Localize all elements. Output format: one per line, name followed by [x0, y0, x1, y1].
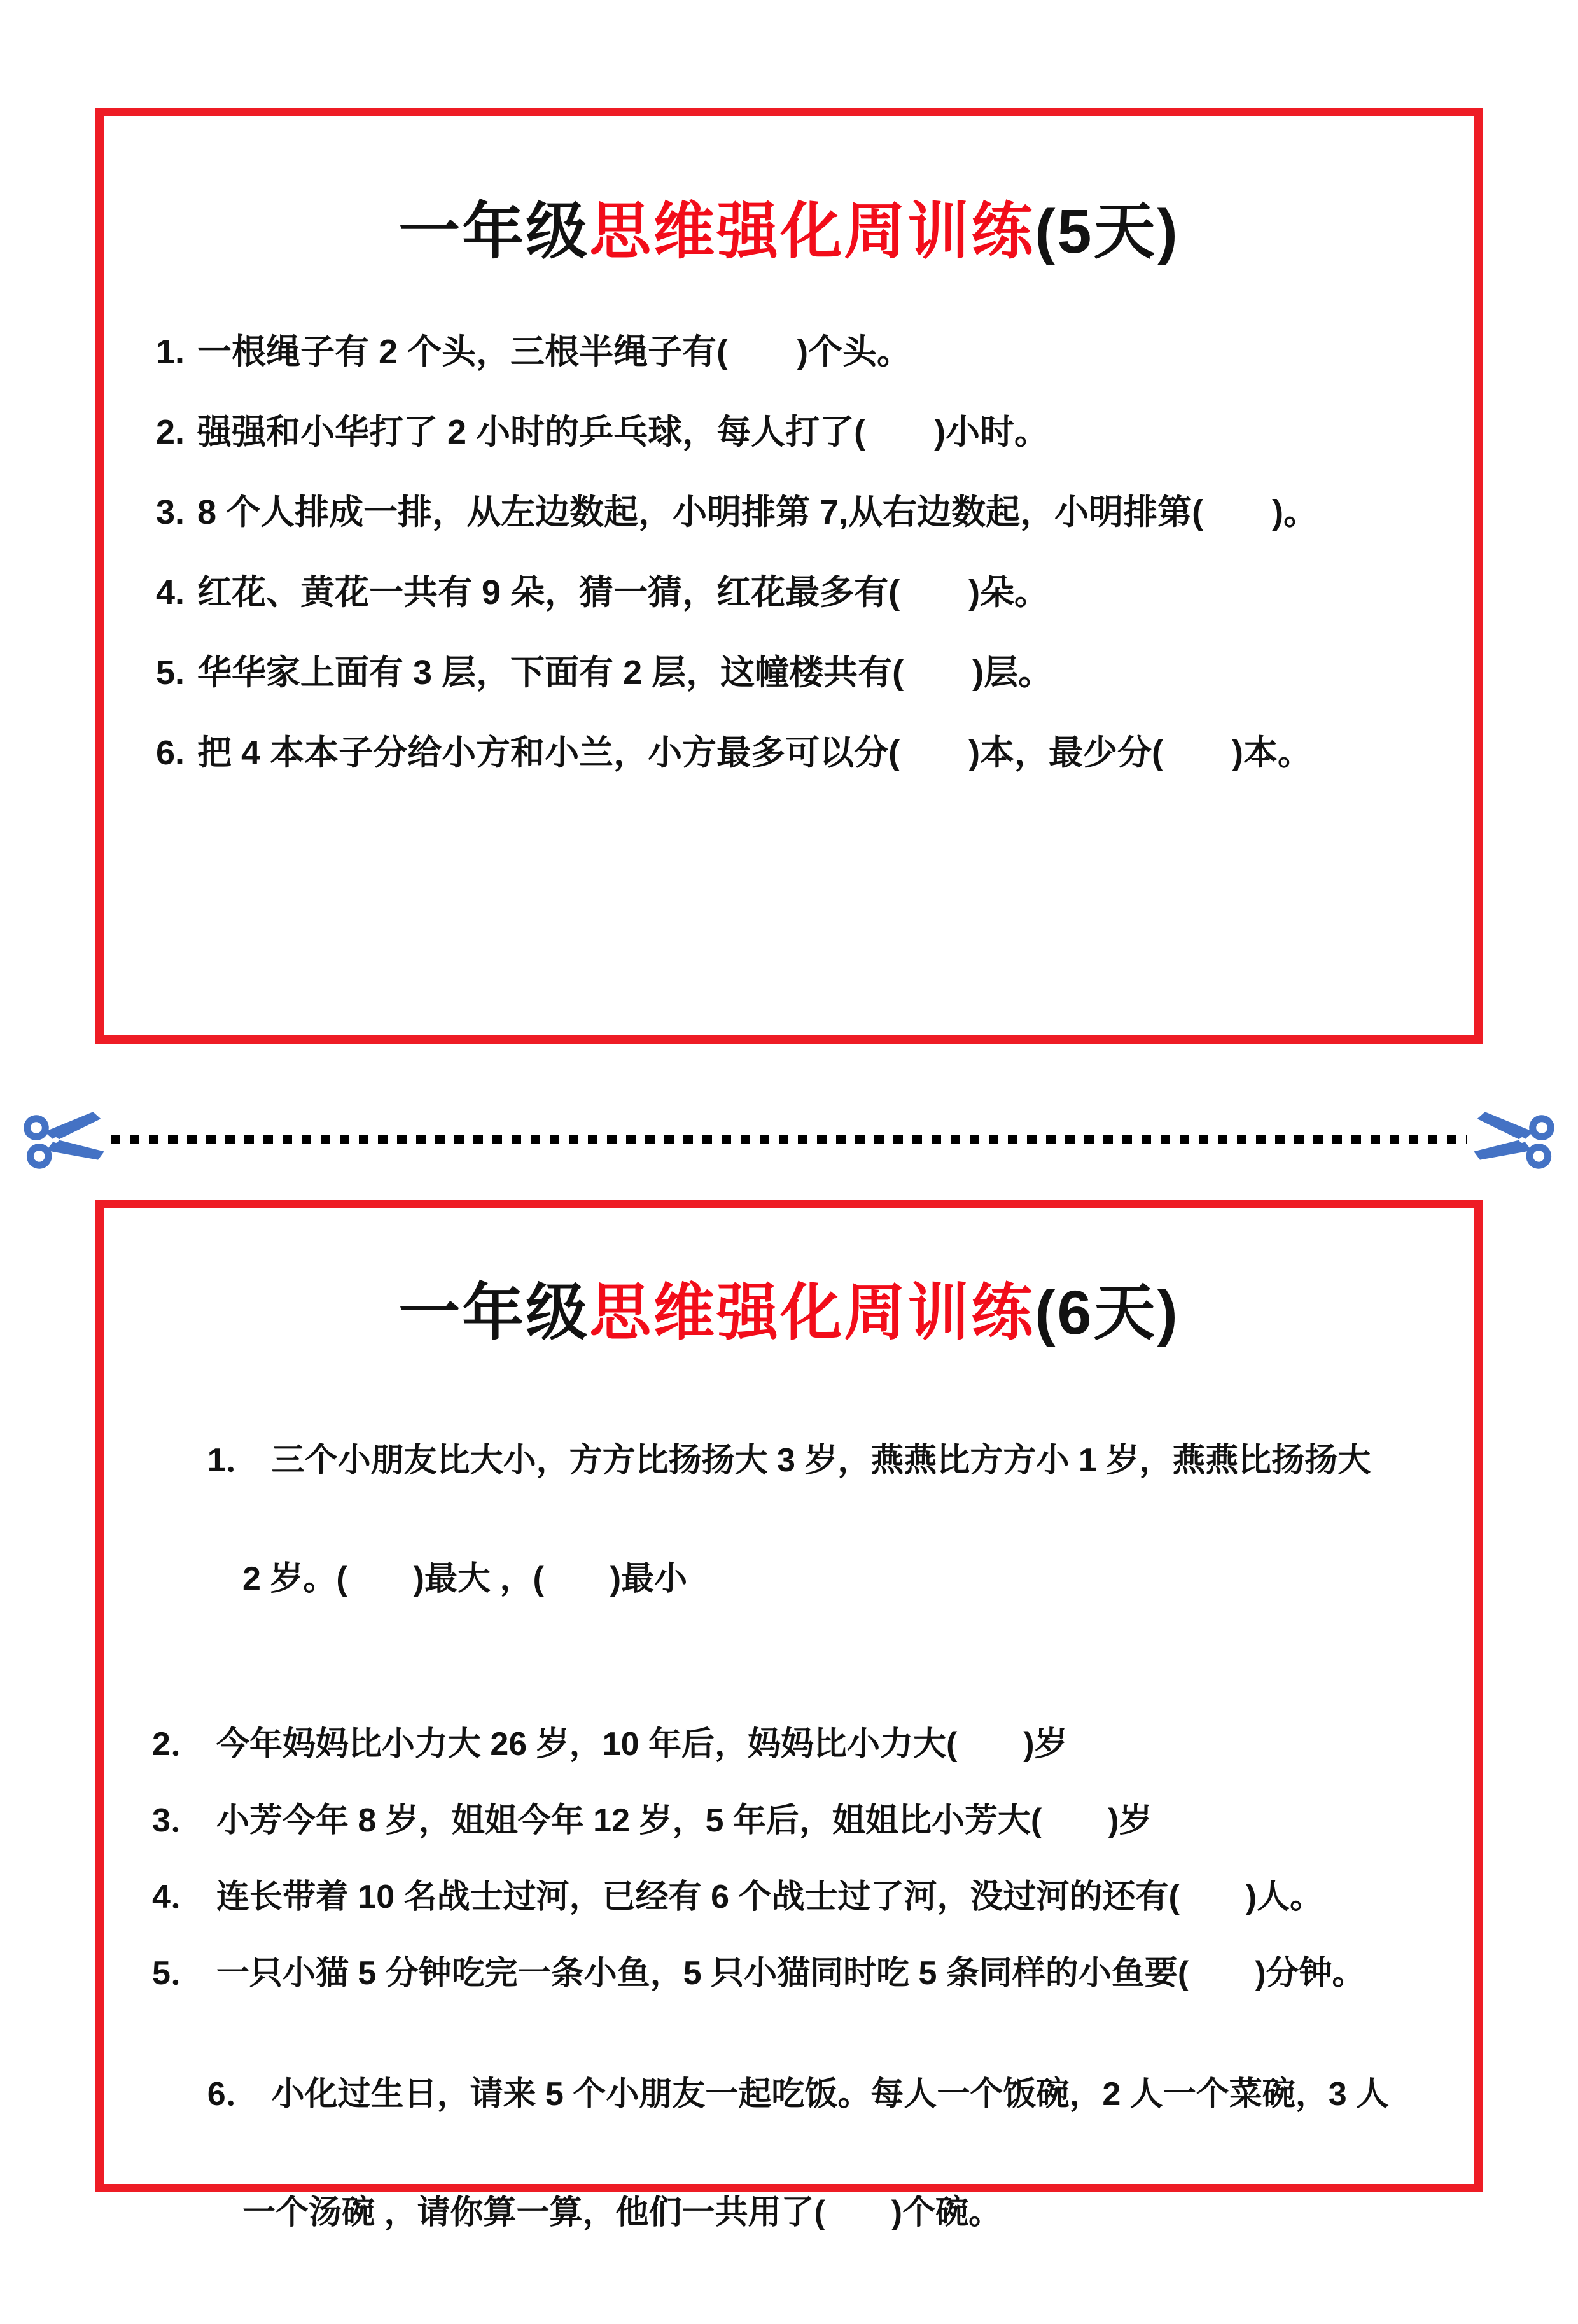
question-item: 4．连长带着 10 名战士过河，已经有 6 个战士过了河，没过河的还有( )人。	[152, 1875, 1436, 1919]
question-text-continued: 2 岁。( )最大 ，( )最小	[242, 1557, 1436, 1601]
question-text: 小化过生日，请来 5 个小朋友一起吃饭。每人一个饭碗，2 人一个菜碗，3 人	[272, 2076, 1390, 2113]
question-number: 1.	[156, 333, 185, 371]
question-item: 2．今年妈妈比小力大 26 岁，10 年后，妈妈比小力大( )岁	[152, 1722, 1436, 1767]
title-day-suffix: (5天)	[1035, 197, 1180, 266]
question-item: 1.一根绳子有 2 个头，三根半绳子有( )个头。	[156, 329, 1436, 375]
question-item: 3．小芳今年 8 岁，姐姐今年 12 岁，5 年后，姐姐比小芳大( )岁	[152, 1798, 1436, 1843]
cut-divider	[0, 1096, 1578, 1182]
question-item: 5．一只小猫 5 分钟吃完一条小鱼，5 只小猫同时吃 5 条同样的小鱼要( )分…	[152, 1951, 1436, 1996]
question-list-day5: 1.一根绳子有 2 个头，三根半绳子有( )个头。 2.强强和小华打了 2 小时…	[156, 329, 1436, 776]
scissors-icon	[20, 1099, 111, 1179]
scissors-icon	[1468, 1099, 1559, 1179]
question-number: 4.	[156, 573, 185, 612]
question-text: 小芳今年 8 岁，姐姐今年 12 岁，5 年后，姐姐比小芳大( )岁	[216, 1802, 1152, 1839]
question-text-continued: 一个汤碗 ，请你算一算，他们一共用了( )个碗。	[242, 2190, 1436, 2235]
question-item: 6.把 4 本本子分给小方和小兰，小方最多可以分( )本，最少分( )本。	[156, 730, 1436, 776]
question-text: 三个小朋友比大小，方方比扬扬大 3 岁，燕燕比方方小 1 岁，燕燕比扬扬大	[272, 1442, 1371, 1479]
title-highlight: 思维强化周训练	[589, 197, 1035, 266]
dotted-cut-line	[111, 1135, 1467, 1144]
title-grade-prefix: 一年级	[398, 197, 589, 266]
question-number: 3．	[152, 1802, 204, 1839]
question-number: 1．	[207, 1442, 259, 1479]
question-item: 6．小化过生日，请来 5 个小朋友一起吃饭。每人一个饭碗，2 人一个菜碗，3 人…	[152, 2027, 1436, 2324]
title-grade-prefix: 一年级	[398, 1278, 589, 1347]
question-item: 1．三个小朋友比大小，方方比扬扬大 3 岁，燕燕比方方小 1 岁，燕燕比扬扬大 …	[152, 1394, 1436, 1690]
question-text: 华华家上面有 3 层，下面有 2 层，这幢楼共有( )层。	[197, 654, 1052, 692]
question-text: 一根绳子有 2 个头，三根半绳子有( )个头。	[197, 333, 911, 371]
worksheet-title-day6: 一年级思维强化周训练(6天)	[104, 1263, 1474, 1352]
question-item: 4.红花、黄花一共有 9 朵，猜一猜，红花最多有( )朵。	[156, 570, 1436, 615]
question-number: 5．	[152, 1955, 204, 1992]
title-day-suffix: (6天)	[1035, 1278, 1180, 1347]
question-number: 6．	[207, 2076, 259, 2113]
question-item: 2.强强和小华打了 2 小时的乒乓球，每人打了( )小时。	[156, 409, 1436, 455]
worksheet-box-day6: 一年级思维强化周训练(6天) 1．三个小朋友比大小，方方比扬扬大 3 岁，燕燕比…	[95, 1200, 1483, 2192]
question-number: 2.	[156, 413, 185, 451]
question-text: 把 4 本本子分给小方和小兰，小方最多可以分( )本，最少分( )本。	[197, 734, 1312, 772]
title-highlight: 思维强化周训练	[589, 1278, 1035, 1347]
question-number: 5.	[156, 654, 185, 692]
question-text: 红花、黄花一共有 9 朵，猜一猜，红花最多有( )朵。	[197, 573, 1049, 612]
worksheet-title-day5: 一年级思维强化周训练(5天)	[104, 181, 1474, 270]
question-number: 6.	[156, 734, 185, 772]
question-text: 一只小猫 5 分钟吃完一条小鱼，5 只小猫同时吃 5 条同样的小鱼要( )分钟。	[216, 1955, 1365, 1992]
question-item: 5.华华家上面有 3 层，下面有 2 层，这幢楼共有( )层。	[156, 650, 1436, 696]
question-number: 3.	[156, 493, 185, 531]
question-text: 今年妈妈比小力大 26 岁，10 年后，妈妈比小力大( )岁	[216, 1726, 1068, 1763]
question-text: 强强和小华打了 2 小时的乒乓球，每人打了( )小时。	[197, 413, 1049, 451]
question-text: 连长带着 10 名战士过河，已经有 6 个战士过了河，没过河的还有( )人。	[216, 1879, 1323, 1915]
worksheet-box-day5: 一年级思维强化周训练(5天) 1.一根绳子有 2 个头，三根半绳子有( )个头。…	[95, 108, 1483, 1044]
question-number: 4．	[152, 1879, 204, 1915]
question-text: 8 个人排成一排，从左边数起，小明排第 7,从右边数起，小明排第( )。	[197, 493, 1318, 531]
question-item: 3.8 个人排成一排，从左边数起，小明排第 7,从右边数起，小明排第( )。	[156, 489, 1436, 535]
question-list-day6: 1．三个小朋友比大小，方方比扬扬大 3 岁，燕燕比方方小 1 岁，燕燕比扬扬大 …	[152, 1394, 1436, 2324]
question-number: 2．	[152, 1726, 204, 1763]
